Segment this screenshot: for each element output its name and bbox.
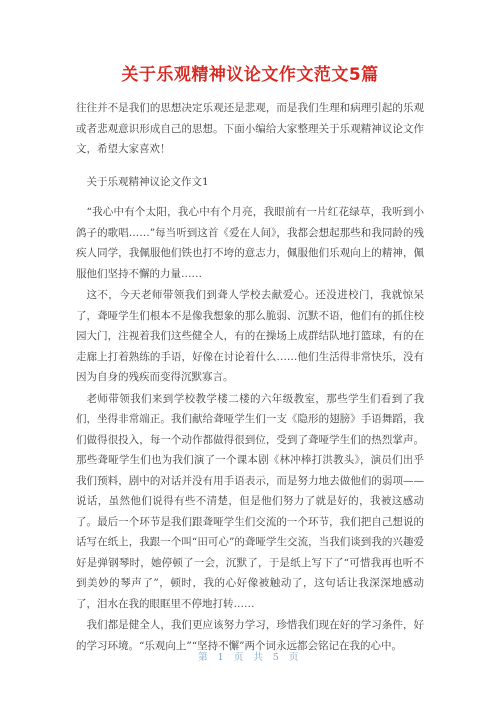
section-heading: 关于乐观精神议论文作文1	[76, 172, 424, 193]
essay-paragraph: “我心中有个太阳，我心中有个月亮，我眼前有一片红花绿草，我听到小鸽子的歌唱……”…	[76, 202, 424, 284]
page-footer: 第 1 页 共 5 页	[0, 649, 500, 663]
intro-paragraph: 往往并不是我们的思想决定乐观还是悲观，而是我们生理和病理引起的乐观或者悲观意识形…	[76, 98, 424, 160]
document-title: 关于乐观精神议论文作文范文5篇	[0, 0, 500, 86]
essay-paragraph: 老师带领我们来到学校教学楼二楼的六年级教室，那些学生们看到了我们，坐得非常端正。…	[76, 389, 424, 615]
document-body: 往往并不是我们的思想决定乐观还是悲观，而是我们生理和病理引起的乐观或者悲观意识形…	[0, 86, 500, 656]
document-page: 关于乐观精神议论文作文范文5篇 往往并不是我们的思想决定乐观还是悲观，而是我们生…	[0, 0, 500, 707]
essay-paragraphs: “我心中有个太阳，我心中有个月亮，我眼前有一片红花绿草，我听到小鸽子的歌唱……”…	[76, 202, 424, 656]
page-indicator: 第 1 页 共 5 页	[198, 652, 302, 663]
essay-paragraph: 这不，今天老师带领我们到聋人学校去献爱心。还没进校门，我就惊呆了，聋哑学生们根本…	[76, 285, 424, 388]
